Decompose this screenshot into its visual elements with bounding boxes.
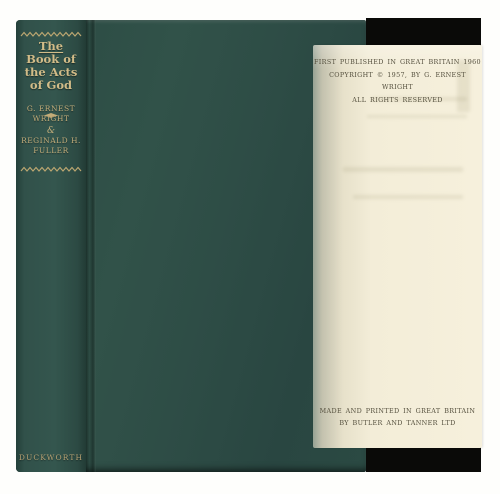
show-through-mark xyxy=(343,167,463,172)
author-line: WRIGHT xyxy=(16,114,86,124)
show-through-mark xyxy=(367,115,467,118)
copyright-page: FIRST PUBLISHED IN GREAT BRITAIN 1960 CO… xyxy=(313,45,482,448)
imprint-line: ALL RIGHTS RESERVED xyxy=(313,94,482,107)
show-through-mark xyxy=(353,195,463,199)
spine-author-fuller: REGINALD H. FULLER xyxy=(16,136,86,156)
spine-author-wright: G. ERNEST WRIGHT xyxy=(16,104,86,124)
author-line: FULLER xyxy=(16,146,86,156)
imprint-line: FIRST PUBLISHED IN GREAT BRITAIN 1960 xyxy=(313,56,482,69)
copyright-imprint: FIRST PUBLISHED IN GREAT BRITAIN 1960 CO… xyxy=(313,56,482,106)
imprint-line: BY BUTLER AND TANNER LTD xyxy=(313,417,482,429)
printer-imprint: MADE AND PRINTED IN GREAT BRITAIN BY BUT… xyxy=(313,405,482,429)
imprint-line: MADE AND PRINTED IN GREAT BRITAIN xyxy=(313,405,482,417)
spine-title: The Book of the Acts of God xyxy=(16,40,86,92)
spine-hinge-groove xyxy=(86,20,96,472)
book-spine: The Book of the Acts of God G. ERNEST WR… xyxy=(16,20,86,472)
imprint-line: COPYRIGHT © 1957, BY G. ERNEST WRIGHT xyxy=(313,69,482,94)
author-line: REGINALD H. xyxy=(16,136,86,146)
gold-zigzag-border-top xyxy=(20,31,82,37)
author-line: G. ERNEST xyxy=(16,104,86,114)
spine-title-line: of God xyxy=(16,79,86,92)
book-photograph: The Book of the Acts of God G. ERNEST WR… xyxy=(0,0,500,494)
publisher-name: DUCKWORTH xyxy=(16,453,86,462)
ampersand-ornament: & xyxy=(16,126,86,136)
gold-zigzag-border-bottom xyxy=(20,166,82,172)
